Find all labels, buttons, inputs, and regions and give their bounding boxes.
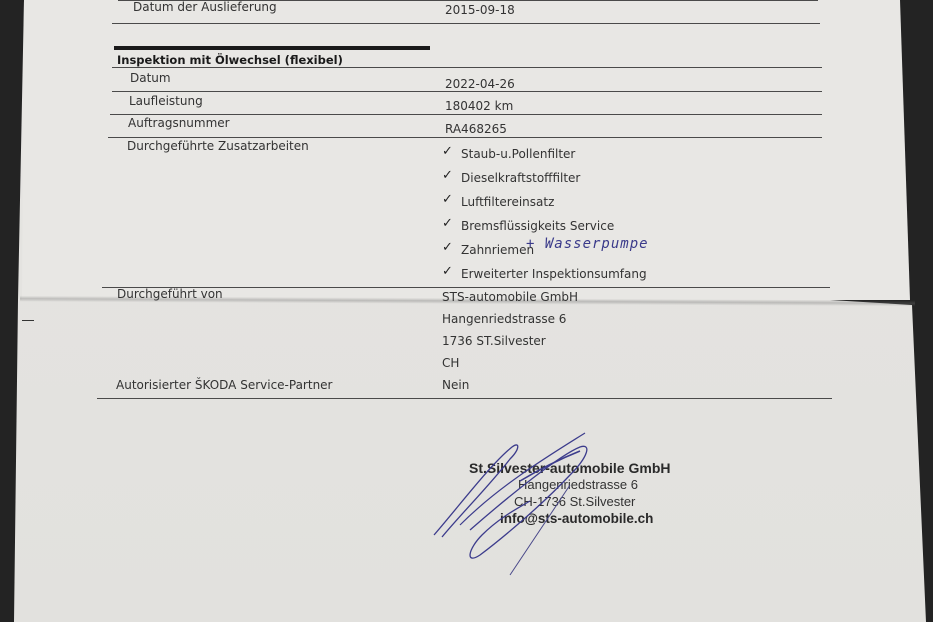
margin-mark — [22, 320, 34, 321]
performed-by-label: Durchgeführt von — [117, 287, 223, 301]
mileage-label: Laufleistung — [129, 94, 203, 108]
performed-by-line: 1736 ST.Silvester — [442, 334, 546, 348]
section-heading-bar — [114, 46, 430, 50]
checkmark-icon: ✓ — [442, 264, 453, 279]
authorized-partner-label: Autorisierter ŠKODA Service-Partner — [116, 378, 333, 392]
order-number-value: RA468265 — [445, 122, 507, 136]
handwritten-note: + Wasserpumpe — [526, 236, 649, 252]
row-divider — [112, 23, 820, 24]
row-divider — [112, 67, 822, 68]
row-divider — [110, 114, 822, 115]
inspection-date-value: 2022-04-26 — [445, 77, 515, 91]
checkmark-icon: ✓ — [442, 144, 453, 159]
checkmark-icon: ✓ — [442, 240, 453, 255]
performed-by-line: CH — [442, 356, 459, 370]
inspection-date-label: Datum — [130, 71, 171, 85]
signature-icon — [420, 425, 620, 585]
delivery-date-label: Datum der Auslieferung — [133, 0, 277, 14]
work-item: Zahnriemen — [461, 243, 534, 257]
work-item: Staub-u.Pollenfilter — [461, 147, 575, 161]
order-number-label: Auftragsnummer — [128, 116, 230, 130]
work-item: Bremsflüssigkeits Service — [461, 219, 614, 233]
work-item: Dieselkraftstofffilter — [461, 171, 580, 185]
row-divider — [97, 398, 832, 399]
checkmark-icon: ✓ — [442, 168, 453, 183]
additional-work-label: Durchgeführte Zusatzarbeiten — [127, 139, 309, 153]
authorized-partner-value: Nein — [442, 378, 469, 392]
delivery-date-value: 2015-09-18 — [445, 3, 515, 17]
section-title: Inspektion mit Ölwechsel (flexibel) — [117, 53, 343, 67]
row-divider — [112, 91, 822, 92]
row-divider — [108, 137, 822, 138]
checkmark-icon: ✓ — [442, 216, 453, 231]
work-item: Luftfiltereinsatz — [461, 195, 554, 209]
work-item: Erweiterter Inspektionsumfang — [461, 267, 647, 281]
performed-by-line: STS-automobile GmbH — [442, 290, 578, 304]
mileage-value: 180402 km — [445, 99, 513, 113]
performed-by-line: Hangenriedstrasse 6 — [442, 312, 566, 326]
checkmark-icon: ✓ — [442, 192, 453, 207]
